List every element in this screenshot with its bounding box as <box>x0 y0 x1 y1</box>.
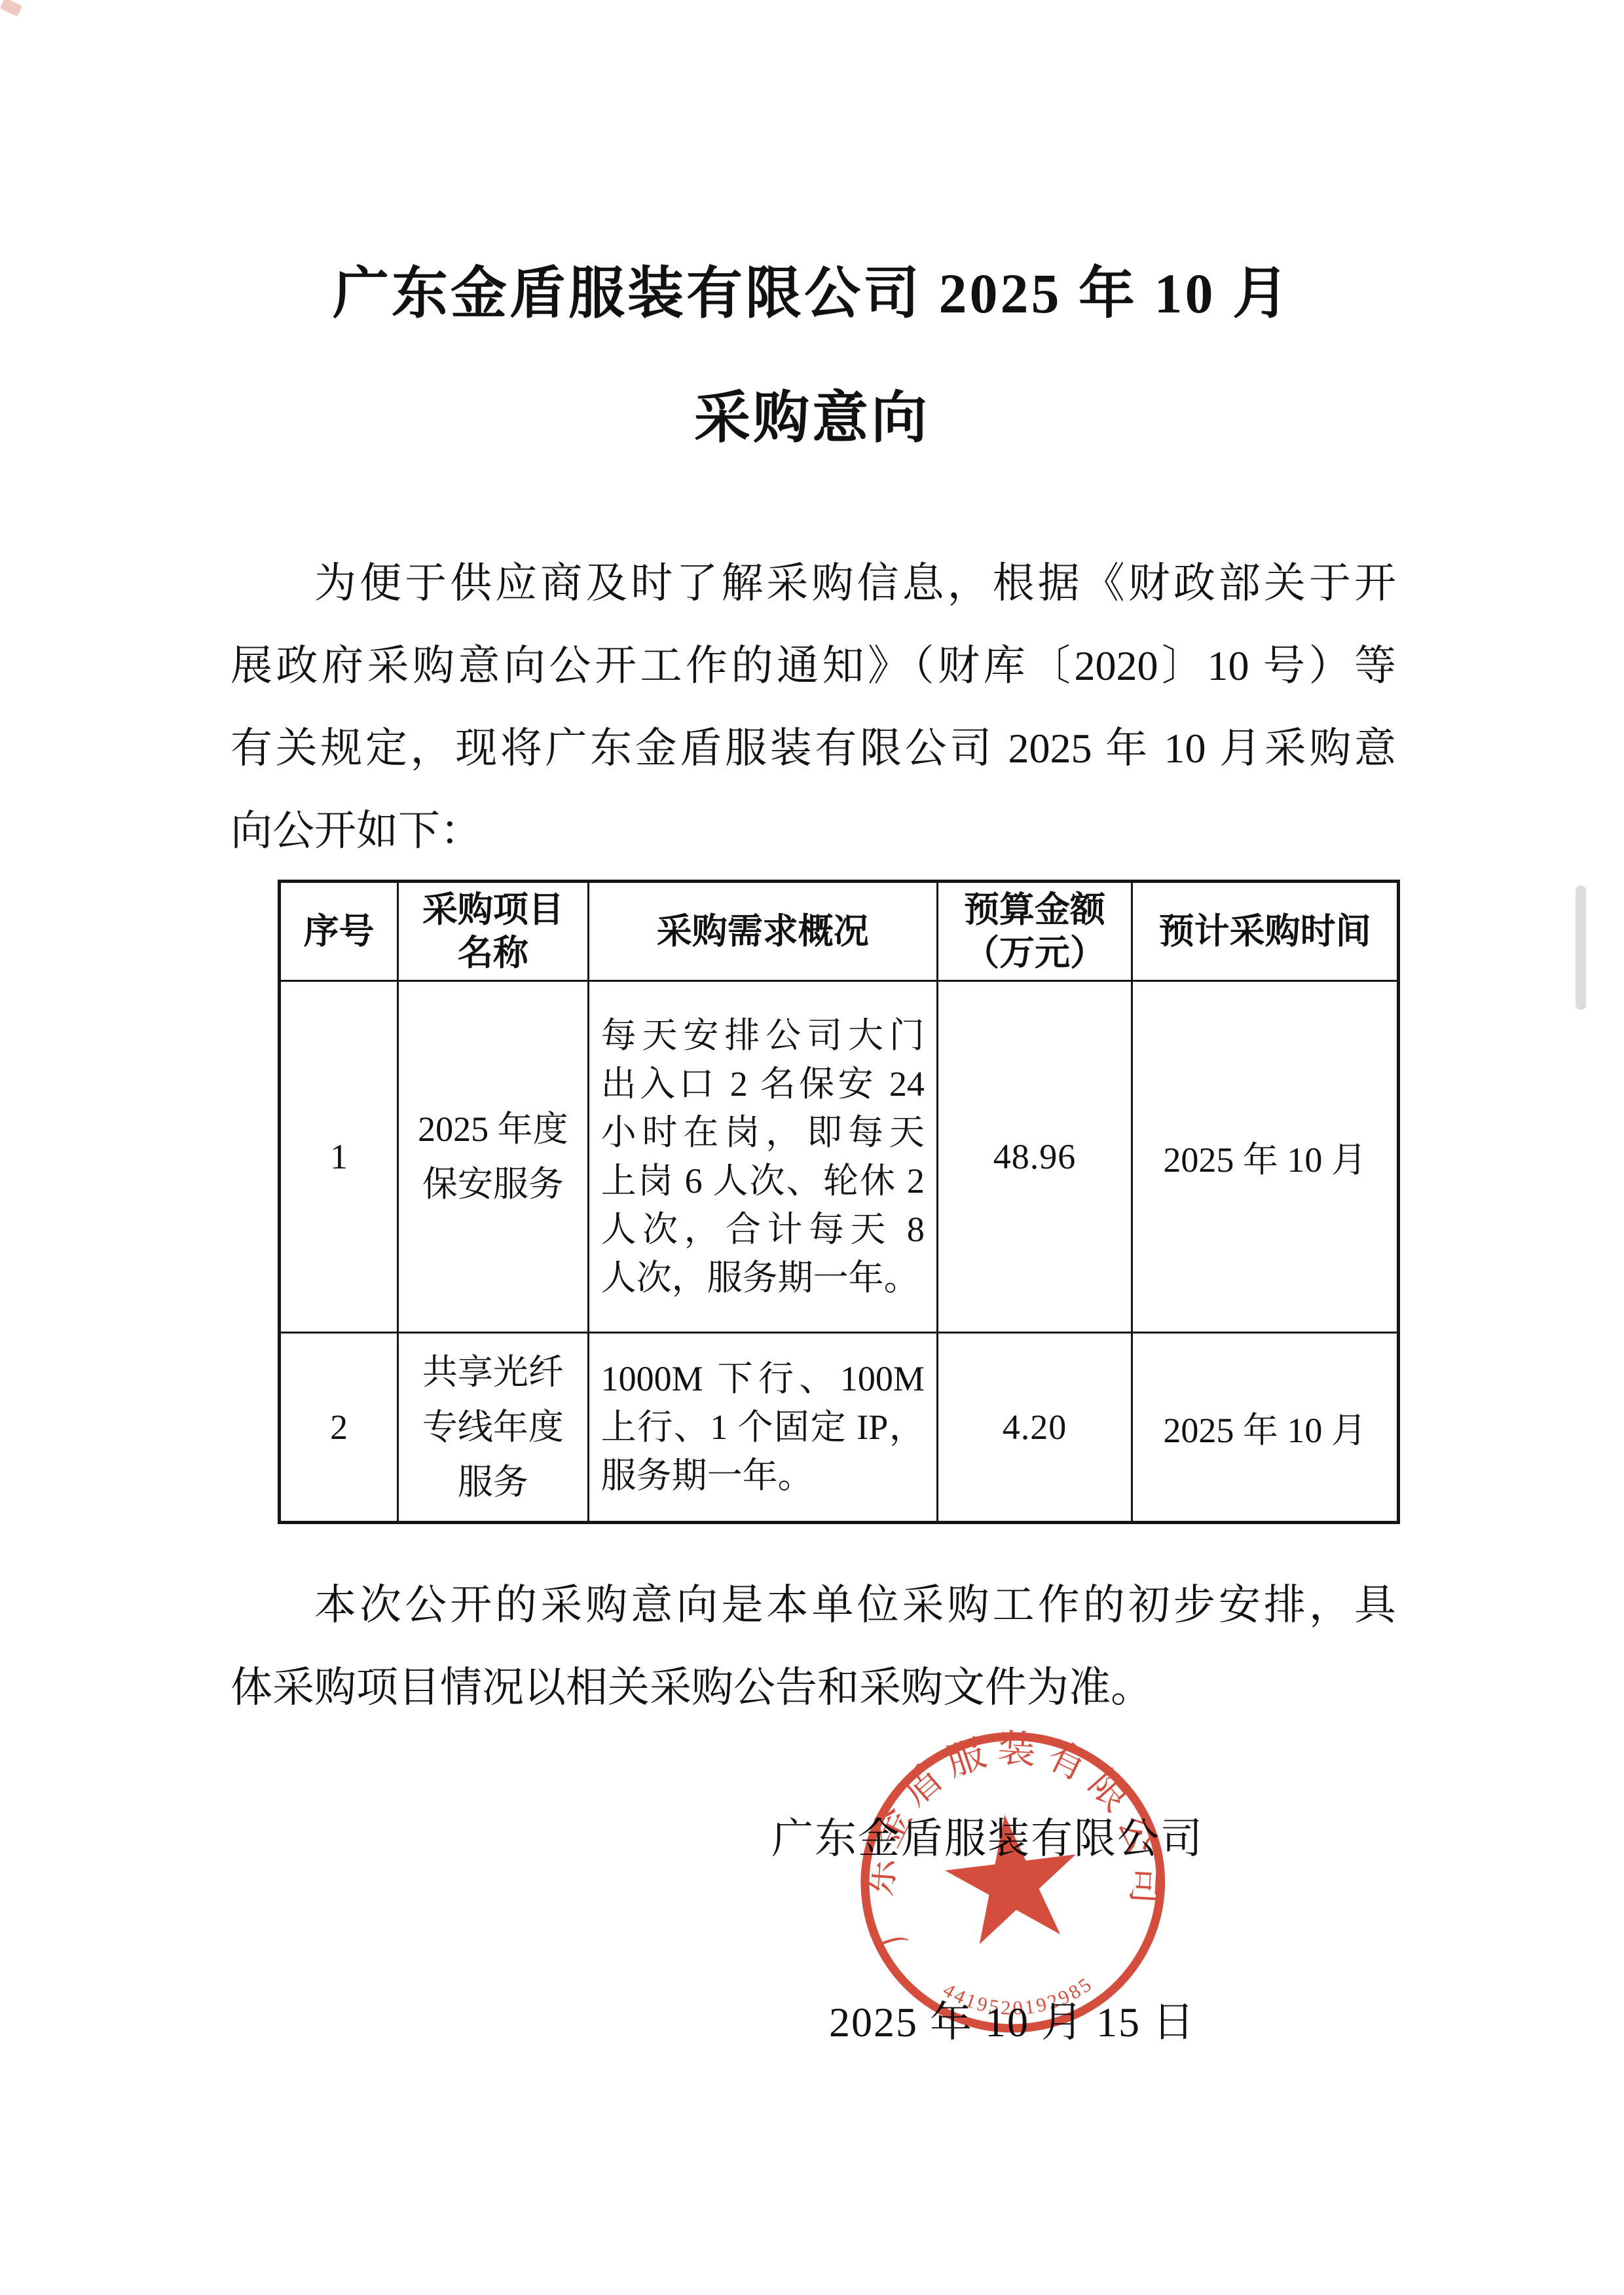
header-summary: 采购需求概况 <box>588 882 937 981</box>
signature-date: 2025 年 10 月 15 日 <box>829 1999 1196 2046</box>
title-line-1: 广东金盾服装有限公司 2025 年 10 月 <box>0 261 1624 326</box>
table-row: 2 共享光纤 专线年度 服务 1000M 下行、100M 上行、1 个固定 IP… <box>280 1333 1399 1523</box>
header-budget: 预算金额 （万元） <box>937 882 1132 981</box>
document-page: 广东金盾服装有限公司 2025 年 10 月 采购意向 为便于供应商及时了解采购… <box>0 0 1624 2295</box>
row1-summary-line: 出入口 2 名保安 24 <box>601 1060 925 1108</box>
company-seal-stamp: 广东金盾服装有限公司 4419520192985 <box>851 1724 1175 2043</box>
scan-artifact-speck <box>0 0 22 16</box>
header-budget-line: 预算金额 <box>945 888 1124 931</box>
row2-time: 2025 年 10 月 <box>1132 1333 1399 1523</box>
row1-summary-line: 人次，合计每天 8 <box>601 1205 925 1254</box>
intro-line: 向公开如下： <box>231 790 1396 872</box>
row2-no: 2 <box>280 1333 398 1523</box>
row2-summary-line: 1000M 下行、100M <box>601 1354 925 1403</box>
row2-project-name: 共享光纤 专线年度 服务 <box>398 1333 589 1523</box>
scan-artifact-strip <box>1576 886 1586 1010</box>
row1-no: 1 <box>280 981 398 1333</box>
closing-paragraph: 本次公开的采购意向是本单位采购工作的初步安排，具 体采购项目情况以相关采购公告和… <box>231 1564 1396 1729</box>
row2-name-line: 共享光纤 <box>411 1345 576 1400</box>
closing-line: 体采购项目情况以相关采购公告和采购文件为准。 <box>231 1647 1396 1729</box>
row2-summary-line: 服务期一年。 <box>601 1451 925 1500</box>
table-row: 1 2025 年度 保安服务 每天安排公司大门 出入口 2 名保安 24 小时在… <box>280 981 1399 1333</box>
header-project-name-line: 采购项目 <box>405 888 581 931</box>
row1-summary: 每天安排公司大门 出入口 2 名保安 24 小时在岗，即每天 上岗 6 人次、轮… <box>588 981 937 1333</box>
intro-paragraph: 为便于供应商及时了解采购信息，根据《财政部关于开 展政府采购意向公开工作的通知》… <box>231 542 1396 872</box>
row2-summary-line: 上行、1 个固定 IP， <box>601 1403 925 1451</box>
row1-summary-line: 上岗 6 人次、轮休 2 <box>601 1157 925 1205</box>
row1-time: 2025 年 10 月 <box>1132 981 1399 1333</box>
signature-company: 广东金盾服装有限公司 <box>771 1816 1204 1863</box>
title-line-2: 采购意向 <box>0 385 1624 451</box>
row1-summary-line: 人次，服务期一年。 <box>601 1254 925 1302</box>
row1-summary-line: 每天安排公司大门 <box>601 1011 925 1060</box>
intro-line: 为便于供应商及时了解采购信息，根据《财政部关于开 <box>231 542 1396 625</box>
seal-ring <box>851 1724 1175 2043</box>
header-budget-line: （万元） <box>945 931 1124 975</box>
row1-summary-line: 小时在岗，即每天 <box>601 1108 925 1157</box>
row1-name-line: 2025 年度 <box>411 1102 576 1157</box>
row1-name-line: 保安服务 <box>411 1157 576 1212</box>
closing-line: 本次公开的采购意向是本单位采购工作的初步安排，具 <box>231 1564 1396 1647</box>
intro-line: 有关规定，现将广东金盾服装有限公司 2025 年 10 月采购意 <box>231 707 1396 790</box>
row2-name-line: 专线年度 <box>411 1400 576 1455</box>
intro-line: 展政府采购意向公开工作的通知》（财库〔2020〕10 号）等 <box>231 625 1396 707</box>
row2-summary: 1000M 下行、100M 上行、1 个固定 IP， 服务期一年。 <box>588 1333 937 1523</box>
document-title: 广东金盾服装有限公司 2025 年 10 月 采购意向 <box>0 261 1624 451</box>
row1-budget: 48.96 <box>937 981 1132 1333</box>
row1-project-name: 2025 年度 保安服务 <box>398 981 589 1333</box>
header-project-name-line: 名称 <box>405 931 581 975</box>
header-time: 预计采购时间 <box>1132 882 1399 981</box>
header-no: 序号 <box>280 882 398 981</box>
row2-budget: 4.20 <box>937 1333 1132 1523</box>
header-project-name: 采购项目 名称 <box>398 882 589 981</box>
row2-name-line: 服务 <box>411 1455 576 1510</box>
procurement-table: 序号 采购项目 名称 采购需求概况 预算金额 （万元） 预计采购时间 1 202… <box>278 880 1400 1524</box>
table-header-row: 序号 采购项目 名称 采购需求概况 预算金额 （万元） 预计采购时间 <box>280 882 1399 981</box>
